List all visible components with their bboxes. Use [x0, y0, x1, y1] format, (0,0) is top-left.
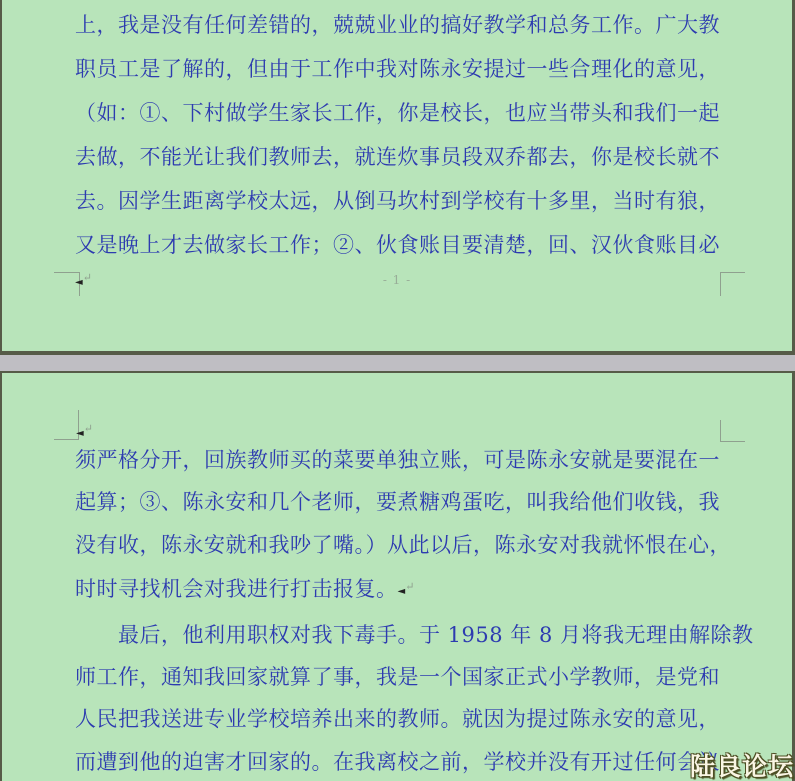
document-page-1: 上，我是没有任何差错的，兢兢业业的搞好教学和总务工作。广大教 职员工是了解的，但…: [0, 0, 795, 355]
text-line-content: 时时寻找机会对我进行打击报复。: [75, 577, 398, 601]
text-line: 而遭到他的迫害才回家的。在我离校之前，学校并没有开过任何会议: [75, 741, 754, 781]
text-line: 去做，不能光让我们教师去，就连炊事员段双乔都去，你是校长就不: [75, 135, 720, 179]
page-number: - 1 -: [2, 273, 792, 287]
text-line: 师工作，通知我回家就算了事，我是一个国家正式小学教师，是党和: [75, 656, 754, 698]
text-line: （如：①、下村做学生家长工作，你是校长，也应当带头和我们一起: [75, 91, 720, 135]
page1-text-block: 上，我是没有任何差错的，兢兢业业的搞好教学和总务工作。广大教 职员工是了解的，但…: [75, 0, 720, 267]
text-line: 起算；③、陈永安和几个老师，要煮糖鸡蛋吃，叫我给他们收钱，我: [75, 481, 754, 523]
document-page-2: ◄↵ 须严格分开，回族教师买的菜要单独立账，可是陈永安就是要混在一 起算；③、陈…: [0, 371, 795, 781]
return-mark-icon: ↵: [405, 580, 414, 593]
text-line: 职员工是了解的，但由于工作中我对陈永安提过一些合理化的意见，: [75, 47, 720, 91]
text-line: 人民把我送进专业学校培养出来的教师。就因为提过陈永安的意见，: [75, 698, 754, 740]
text-line: 上，我是没有任何差错的，兢兢业业的搞好教学和总务工作。广大教: [75, 3, 720, 47]
text-line: 时时寻找机会对我进行打击报复。◄↵: [75, 566, 754, 613]
page2-text-block: 须严格分开，回族教师买的菜要单独立账，可是陈永安就是要混在一 起算；③、陈永安和…: [75, 373, 754, 781]
text-line: 去。因学生距离学校太远，从倒马坎村到学校有十多里，当时有狼，: [75, 179, 720, 223]
watermark-logo: 陆良论坛: [690, 747, 794, 781]
text-line: 须严格分开，回族教师买的菜要单独立账，可是陈永安就是要混在一: [75, 439, 754, 481]
text-line: 又是晚上才去做家长工作；②、伙食账目要清楚，回、汉伙食账目必: [75, 223, 720, 267]
text-line: 最后，他利用职权对我下毒手。于 1958 年 8 月将我无理由解除教: [75, 614, 754, 656]
document-viewer: 上，我是没有任何差错的，兢兢业业的搞好教学和总务工作。广大教 职员工是了解的，但…: [0, 0, 795, 781]
text-line: 没有收，陈永安就和我吵了嘴。）从此以后，陈永安对我就怀恨在心，: [75, 524, 754, 566]
